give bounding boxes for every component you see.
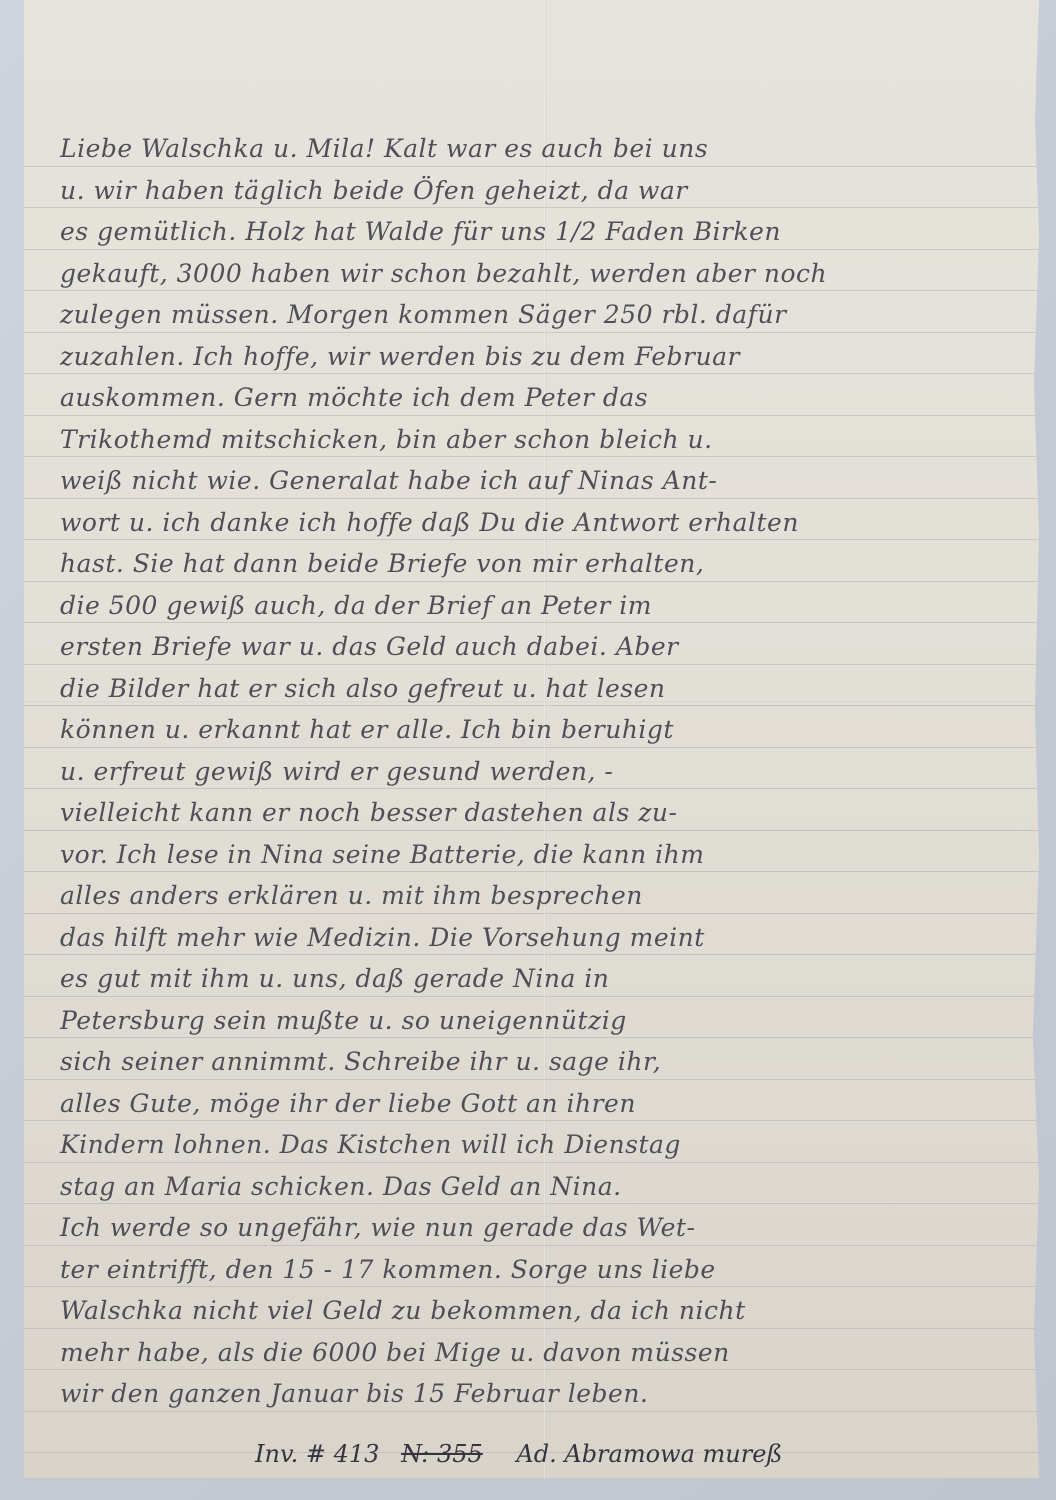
letter-line: mehr habe, als die 6000 bei Mige u. davo… — [60, 1332, 980, 1374]
letter-line: Kindern lohnen. Das Kistchen will ich Di… — [60, 1124, 980, 1166]
attribution-note: Ad. Abramowa mureß — [516, 1440, 782, 1468]
letter-line: zulegen müssen. Morgen kommen Säger 250 … — [60, 294, 980, 336]
letter-line: Walschka nicht viel Geld zu bekommen, da… — [60, 1290, 980, 1332]
letter-line: Petersburg sein mußte u. so uneigennützi… — [60, 1000, 980, 1042]
letter-line: vor. Ich lese in Nina seine Batterie, di… — [60, 834, 980, 876]
struck-old-number: N: 355 — [401, 1440, 483, 1468]
letter-line: das hilft mehr wie Medizin. Die Vorsehun… — [60, 917, 980, 959]
letter-line: stag an Maria schicken. Das Geld an Nina… — [60, 1166, 980, 1208]
letter-line: ersten Briefe war u. das Geld auch dabei… — [60, 626, 980, 668]
letter-line: zuzahlen. Ich hoffe, wir werden bis zu d… — [60, 336, 980, 378]
letter-line: Trikothemd mitschicken, bin aber schon b… — [60, 419, 980, 461]
letter-line: weiß nicht wie. Generalat habe ich auf N… — [60, 460, 980, 502]
letter-line: gekauft, 3000 haben wir schon bezahlt, w… — [60, 253, 980, 295]
letter-line: u. erfreut gewiß wird er gesund werden, … — [60, 751, 980, 793]
letter-line: Liebe Walschka u. Mila! Kalt war es auch… — [60, 128, 980, 170]
letter-line: können u. erkannt hat er alle. Ich bin b… — [60, 709, 980, 751]
letter-line: es gut mit ihm u. uns, daß gerade Nina i… — [60, 958, 980, 1000]
letter-line: sich seiner annimmt. Schreibe ihr u. sag… — [60, 1041, 980, 1083]
letter-line: alles Gute, möge ihr der liebe Gott an i… — [60, 1083, 980, 1125]
letter-line: die 500 gewiß auch, da der Brief an Pete… — [60, 585, 980, 627]
letter-line: hast. Sie hat dann beide Briefe von mir … — [60, 543, 980, 585]
letter-line: vielleicht kann er noch besser dastehen … — [60, 792, 980, 834]
letter-body: Liebe Walschka u. Mila! Kalt war es auch… — [60, 128, 980, 1415]
letter-line: Ich werde so ungefähr, wie nun gerade da… — [60, 1207, 980, 1249]
archive-annotation: Inv. # 413 N: 355 Ad. Abramowa mureß — [255, 1440, 782, 1468]
letter-line: wort u. ich danke ich hoffe daß Du die A… — [60, 502, 980, 544]
letter-line: ter eintrifft, den 15 - 17 kommen. Sorge… — [60, 1249, 980, 1291]
letter-line: u. wir haben täglich beide Öfen geheizt,… — [60, 170, 980, 212]
letter-line: wir den ganzen Januar bis 15 Februar leb… — [60, 1373, 980, 1415]
letter-line: auskommen. Gern möchte ich dem Peter das — [60, 377, 980, 419]
inventory-number: Inv. # 413 — [255, 1440, 379, 1468]
letter-line: die Bilder hat er sich also gefreut u. h… — [60, 668, 980, 710]
letter-line: es gemütlich. Holz hat Walde für uns 1/2… — [60, 211, 980, 253]
letter-line: alles anders erklären u. mit ihm besprec… — [60, 875, 980, 917]
